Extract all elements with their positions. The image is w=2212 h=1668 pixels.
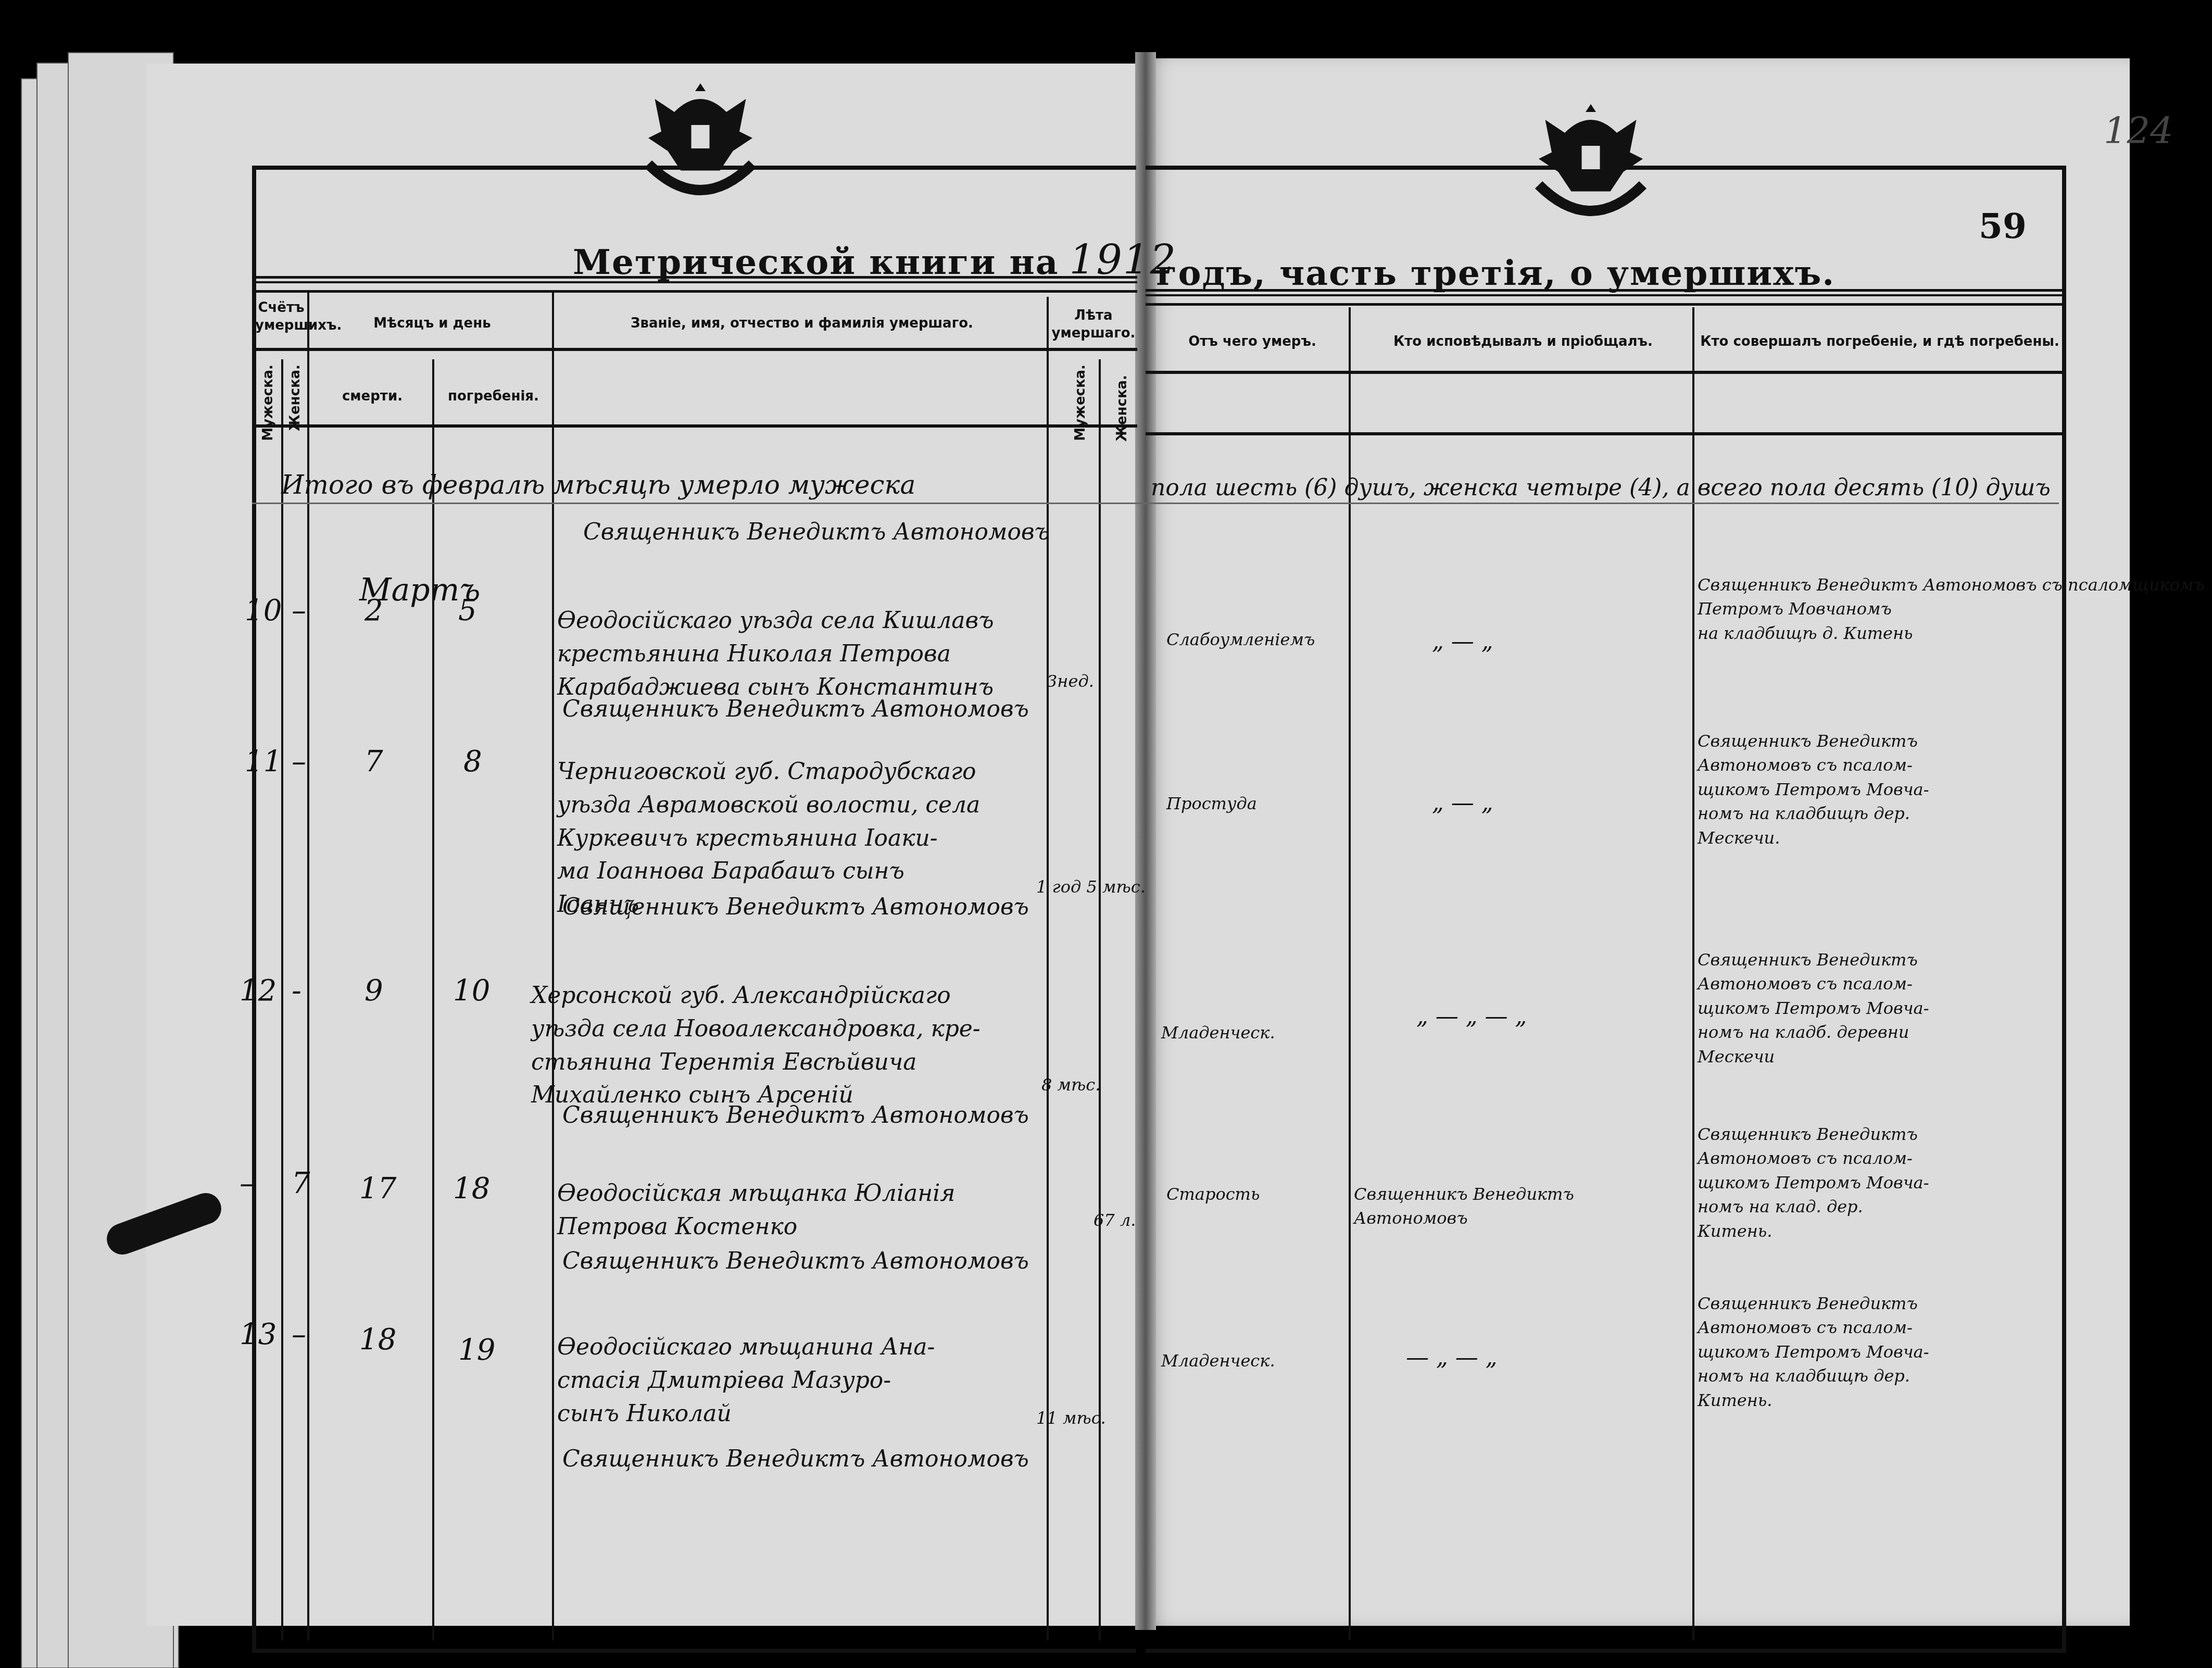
header-rule (1146, 289, 2062, 306)
record-age: 11 мѣс. (1036, 1406, 1106, 1430)
header-death: смерти. (312, 388, 432, 406)
column-line (1692, 307, 1694, 1640)
page-title-right: годъ, часть третія, о умершихъ. (1156, 253, 1835, 293)
summary-signature: Священникъ Венедиктъ Автономовъ (583, 516, 1050, 549)
record-count-female: – (292, 745, 306, 779)
imperial-eagle-emblem-icon (635, 73, 765, 203)
header-cause: Отъ чего умеръ. (1156, 333, 1349, 351)
record-burial-by: Священникъ Венедиктъ Автономовъ съ псало… (1698, 1291, 1929, 1412)
header-burial-by: Кто совершалъ погребеніе, и гдѣ погребен… (1698, 333, 2062, 351)
record-burial-day: 8 (463, 745, 482, 779)
header-month-day: Мѣсяцъ и день (312, 315, 552, 333)
record-count-male: 13 (240, 1318, 276, 1351)
table-frame-right (1146, 166, 2066, 1653)
record-confessor: „ — „ (1432, 625, 1493, 658)
record-cause: Младенческ. (1161, 1021, 1275, 1045)
column-line (1349, 307, 1351, 1640)
subheader-divider (252, 424, 1137, 428)
record-cause: Младенческ. (1161, 1349, 1275, 1373)
record-confessor: — „ — „ (1406, 1341, 1498, 1374)
record-burial-day: 10 (453, 974, 490, 1008)
summary-text-left: Итого въ февралѣ мѣсяцѣ умерло мужеска (281, 466, 915, 504)
record-burial-day: 19 (458, 1333, 495, 1367)
header-age-female: Женска. (1114, 375, 1130, 442)
header-burial: погребенія. (435, 388, 552, 406)
record-count-male: 12 (240, 974, 276, 1008)
record-count-male: 10 (245, 594, 282, 628)
record-confessor: „ — „ — „ (1416, 1000, 1527, 1033)
record-burial-by: Священникъ Венедиктъ Автономовъ съ псало… (1698, 1122, 1929, 1243)
record-burial-day: 5 (458, 594, 477, 628)
header-count: Счётъ умершихъ. (255, 299, 307, 335)
record-age: 3нед. (1047, 669, 1094, 693)
record-count-female: 7 (292, 1167, 310, 1200)
column-line (281, 359, 283, 1640)
archive-number: 124 (2104, 109, 2173, 152)
record-name: Өеодосійскаго мѣщанина Ана- стасія Дмитр… (557, 1331, 935, 1430)
record-cause: Простуда (1166, 792, 1257, 816)
record-confessor: „ — „ (1432, 786, 1493, 820)
record-name: Өеодосійская мѣщанка Юліанія Петрова Кос… (557, 1177, 955, 1244)
record-count-female: – (292, 594, 306, 628)
record-count-female: - (292, 974, 301, 1008)
header-divider (252, 348, 1137, 351)
column-line (1099, 359, 1101, 1640)
record-death-day: 7 (365, 745, 383, 779)
header-divider (1146, 371, 2062, 374)
record-count-female: – (292, 1318, 306, 1351)
header-name: Званіе, имя, отчество и фамилія умершаго… (557, 315, 1047, 333)
record-cause: Слабоумленіемъ (1166, 628, 1315, 651)
record-name: Өеодосійскаго уѣзда села Кишлавъ крестья… (557, 604, 994, 704)
record-age: 67 л. (1094, 1208, 1136, 1232)
record-confessor: Священникъ Венедиктъ Автономовъ (1354, 1182, 1574, 1231)
summary-underline (252, 503, 2059, 504)
record-death-day: 17 (359, 1172, 396, 1206)
record-count-male: – (240, 1167, 254, 1200)
page-number: 59 (1979, 206, 2027, 246)
subheader-divider (1146, 432, 2062, 435)
record-signature: Священникъ Венедиктъ Автономовъ (562, 1443, 1029, 1476)
record-signature: Священникъ Венедиктъ Автономовъ (562, 1245, 1029, 1278)
header-age-male: Мужеска. (1073, 365, 1088, 441)
column-line (1047, 297, 1049, 1640)
record-burial-day: 18 (453, 1172, 490, 1206)
header-confessor: Кто исповѣдывалъ и пріобщалъ. (1354, 333, 1692, 351)
header-count-male: Мужеска. (260, 365, 276, 441)
header-age: Лѣта умершаго. (1049, 307, 1138, 343)
record-age: 8 мѣс. (1041, 1073, 1100, 1097)
record-death-day: 18 (359, 1323, 396, 1357)
record-name: Херсонской губ. Александрійскаго уѣзда с… (531, 979, 981, 1112)
record-burial-by: Священникъ Венедиктъ Автономовъ съ псало… (1698, 573, 2205, 645)
record-death-day: 9 (365, 974, 383, 1008)
record-burial-by: Священникъ Венедиктъ Автономовъ съ псало… (1698, 729, 1929, 850)
record-cause: Старость (1166, 1182, 1260, 1206)
record-signature: Священникъ Венедиктъ Автономовъ (562, 891, 1029, 924)
record-age: 1 год 5 мѣс. (1036, 875, 1146, 899)
record-signature: Священникъ Венедиктъ Автономовъ (562, 693, 1029, 726)
record-burial-by: Священникъ Венедиктъ Автономовъ съ псало… (1698, 948, 1929, 1069)
record-count-male: 11 (245, 745, 282, 779)
record-signature: Священникъ Венедиктъ Автономовъ (562, 1099, 1029, 1132)
imperial-eagle-emblem-icon (1526, 94, 1656, 224)
summary-text-right: пола шесть (6) душъ, женска четыре (4), … (1151, 471, 2051, 505)
header-count-female: Женска. (287, 365, 303, 431)
header-rule (252, 276, 1137, 293)
column-line (432, 359, 434, 1640)
record-death-day: 2 (365, 594, 383, 628)
